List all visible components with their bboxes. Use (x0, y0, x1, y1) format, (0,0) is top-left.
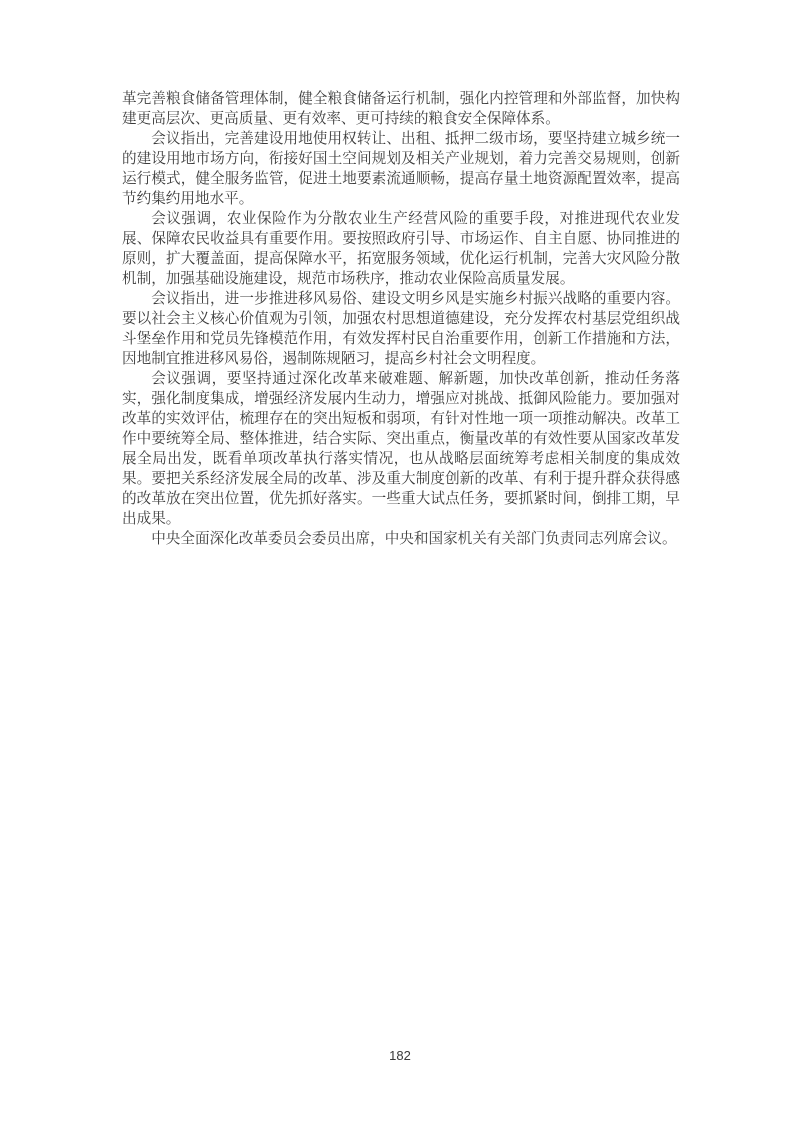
document-page: 革完善粮食储备管理体制，健全粮食储备运行机制，强化内控管理和外部监督，加快构建更… (0, 0, 800, 1133)
body-paragraph: 会议强调，农业保险作为分散农业生产经营风险的重要手段，对推进现代农业发展、保障农… (122, 209, 680, 289)
body-paragraph: 会议强调，要坚持通过深化改革来破难题、解新题，加快改革创新，推动任务落实，强化制… (122, 369, 680, 529)
body-paragraph: 会议指出，完善建设用地使用权转让、出租、抵押二级市场，要坚持建立城乡统一的建设用… (122, 129, 680, 209)
body-paragraph: 会议指出，进一步推进移风易俗、建设文明乡风是实施乡村振兴战略的重要内容。要以社会… (122, 289, 680, 369)
body-paragraph: 中央全面深化改革委员会委员出席，中央和国家机关有关部门负责同志列席会议。 (122, 529, 680, 549)
page-number: 182 (0, 1048, 800, 1064)
body-paragraph: 革完善粮食储备管理体制，健全粮食储备运行机制，强化内控管理和外部监督，加快构建更… (122, 89, 680, 129)
document-body: 革完善粮食储备管理体制，健全粮食储备运行机制，强化内控管理和外部监督，加快构建更… (122, 89, 680, 549)
